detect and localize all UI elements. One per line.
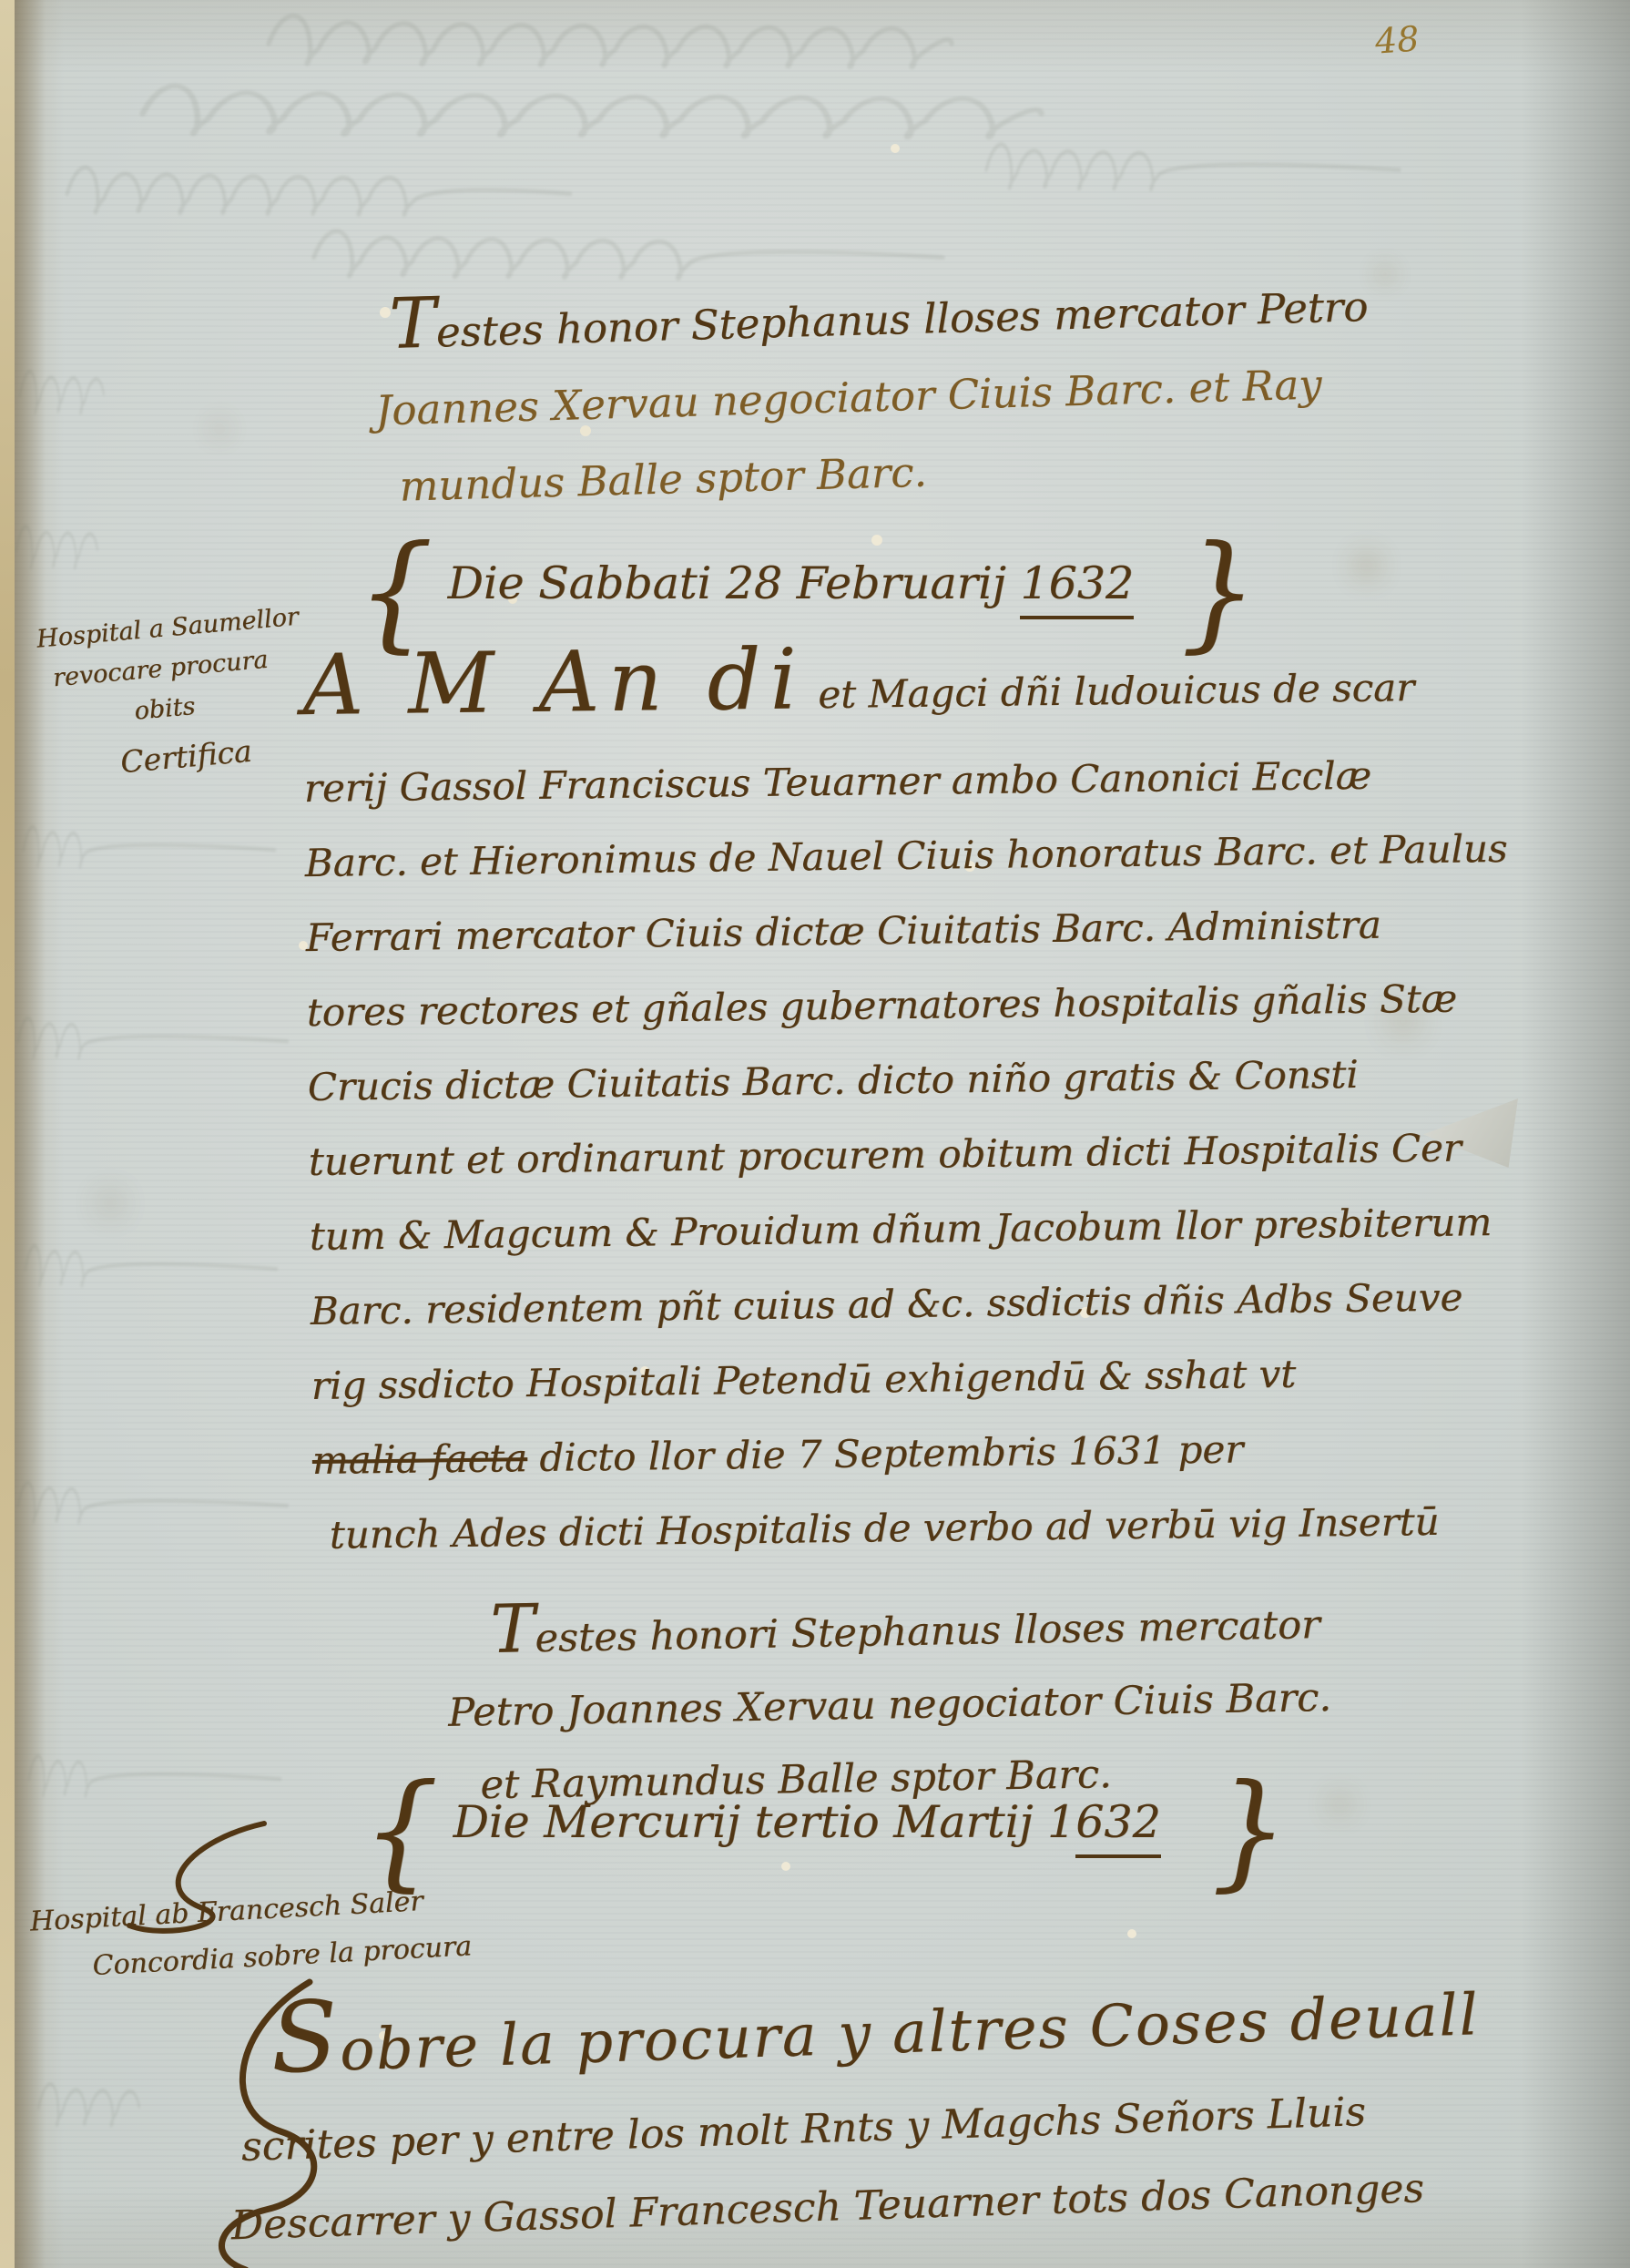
bleedthrough-writing bbox=[24, 1239, 279, 1292]
body-line: tuerunt et ordinarunt procurem obitum di… bbox=[308, 1110, 1512, 1200]
body-line-text: dicto llor die 7 Septembris 1631 per bbox=[527, 1427, 1244, 1481]
bleedthrough-writing bbox=[27, 1749, 282, 1802]
body-line: rerij Gassol Franciscus Teuarner ambo Ca… bbox=[303, 737, 1507, 826]
bleedthrough-writing bbox=[983, 137, 1402, 195]
body-line: tunch Ades dicti Hospitalis de verbo ad … bbox=[329, 1484, 1516, 1573]
witness-line: Testes honori Stephanus lloses mercator bbox=[490, 1579, 1330, 1676]
foxing-stains bbox=[0, 0, 2, 2]
struck-words: malia facta bbox=[312, 1435, 528, 1483]
bleedthrough-writing bbox=[16, 1476, 290, 1528]
body-line: tum & Magcum & Prouidum dñum Jacobum llo… bbox=[309, 1185, 1513, 1274]
witness-block-top: Testes honor Stephanus lloses mercator P… bbox=[389, 260, 1374, 526]
date-year-underlined: 1632 bbox=[1020, 557, 1134, 619]
bleedthrough-writing bbox=[137, 77, 1047, 141]
witness-line: Petro Joannes Xervau negociator Ciuis Ba… bbox=[447, 1661, 1331, 1750]
date-text: Die Mercurij tertio Martij 1 bbox=[453, 1796, 1076, 1848]
bleedthrough-writing bbox=[264, 7, 956, 71]
body-paragraph: A M An di et Magci dñi ludouicus de scar… bbox=[302, 621, 1516, 1573]
closing-heading: Sobre la procura y altres Coses deuall s… bbox=[270, 1946, 1486, 2264]
bleedthrough-writing bbox=[15, 519, 279, 574]
body-line: Ferrari mercator Ciuis dictæ Ciuitatis B… bbox=[305, 886, 1509, 976]
bleedthrough-writing bbox=[18, 364, 291, 419]
witness-block-mid: Testes honori Stephanus lloses mercator … bbox=[490, 1579, 1333, 1822]
ornate-initials: A M An di bbox=[302, 630, 807, 734]
body-line: tores rectores et gñales gubernatores ho… bbox=[306, 961, 1510, 1050]
date-text: Die Sabbati 28 Februarij bbox=[448, 557, 1021, 609]
date-year-underlined: 632 bbox=[1075, 1796, 1161, 1858]
body-line-text: et Magci dñi ludouicus de scar bbox=[806, 665, 1415, 717]
bleedthrough-writing bbox=[64, 159, 574, 220]
body-line: Barc. residentem pñt cuius ad &c. ssdict… bbox=[310, 1260, 1513, 1349]
bleedthrough-writing bbox=[16, 1011, 290, 1064]
manuscript-scan: 48 Testes honor Stephanus lloses mercato… bbox=[0, 0, 1630, 2268]
binding-edge bbox=[0, 0, 15, 2268]
date-heading-2: { Die Mercurij tertio Martij 1632 } bbox=[362, 1796, 1288, 1848]
bleedthrough-writing bbox=[22, 820, 277, 873]
body-line: A M An di et Magci dñi ludouicus de scar bbox=[302, 621, 1506, 751]
date-heading-1: { Die Sabbati 28 Februarij 1632 } bbox=[357, 557, 1258, 609]
body-line: rig ssdicto Hospitali Petendū exhigendū … bbox=[311, 1334, 1514, 1424]
folio-number: 48 bbox=[1374, 18, 1421, 61]
margin-note-1: Hospital a Saumellor revocare procura ob… bbox=[35, 598, 311, 789]
